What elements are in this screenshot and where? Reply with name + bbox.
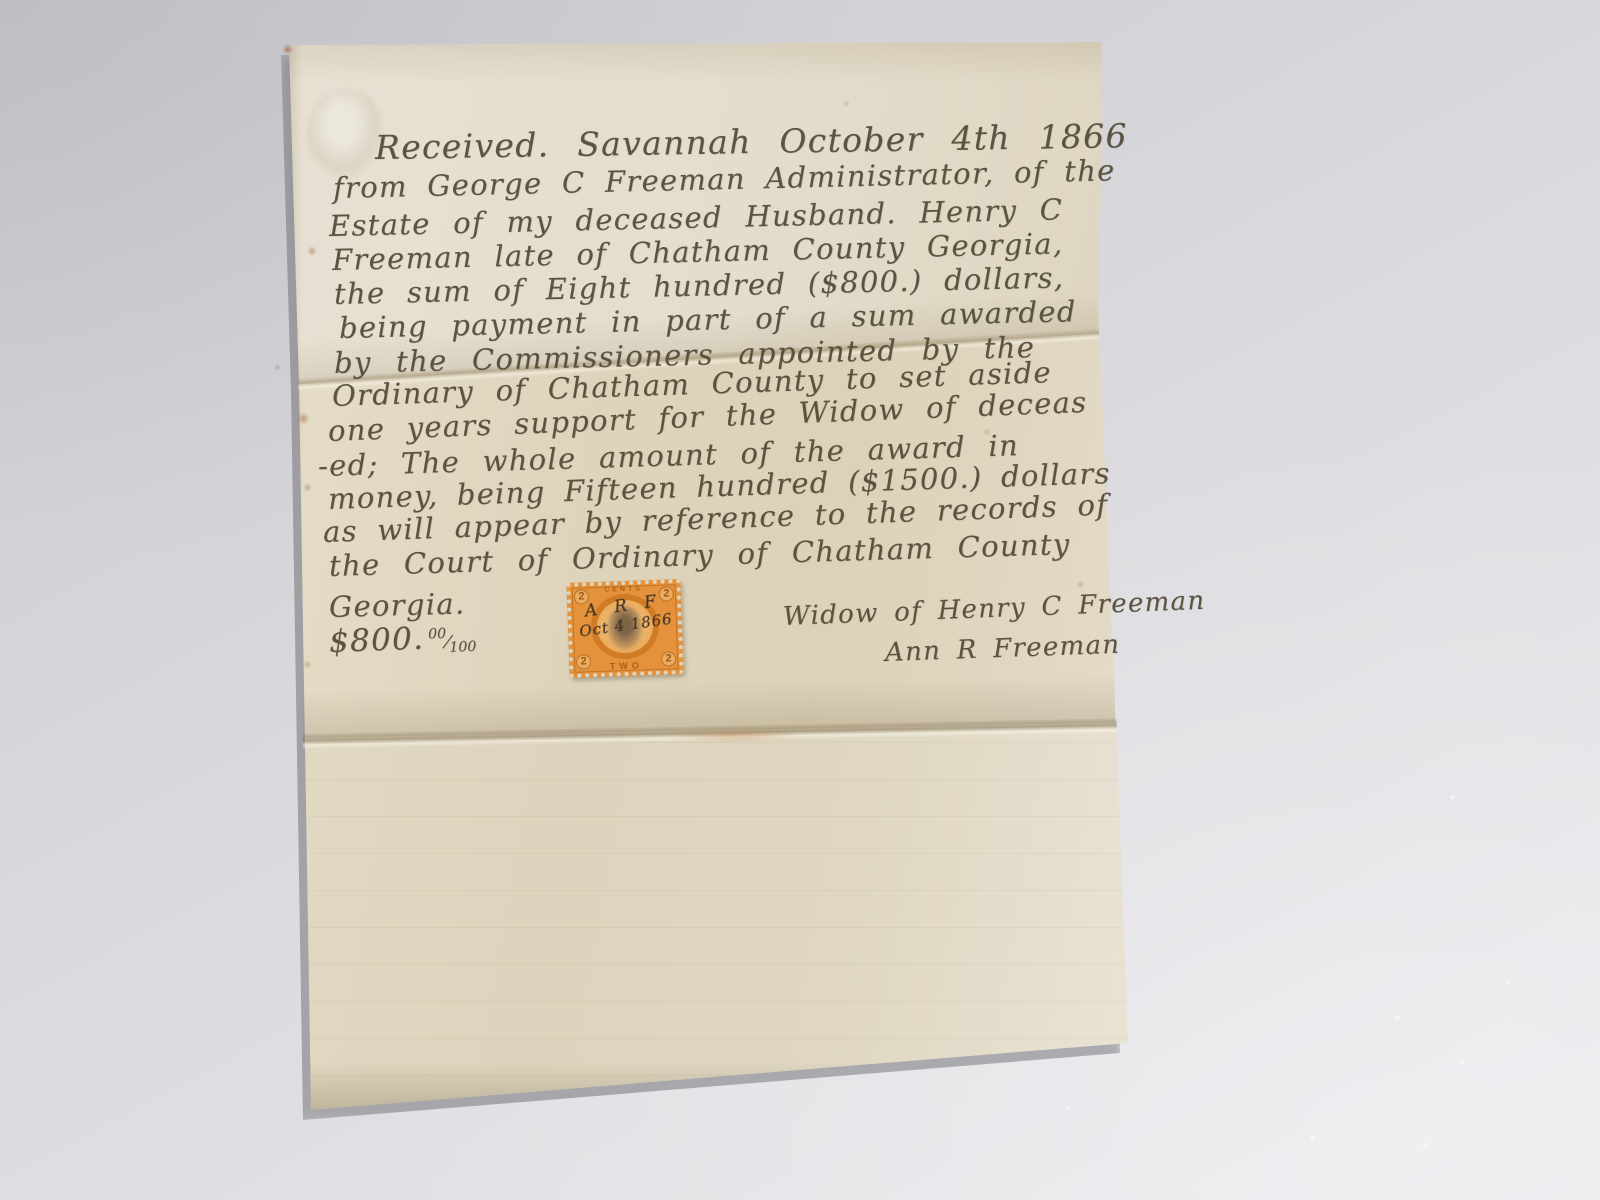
- revenue-stamp: CENTS TWO 2 2 2 2 A R F Oct 4 1866: [566, 579, 683, 678]
- fraction-numerator: 00: [428, 626, 447, 643]
- signature-name: Ann R Freeman: [884, 630, 1120, 668]
- amount-fraction: 00⁄100: [428, 625, 477, 657]
- amount-notation: $800.00⁄100: [328, 619, 476, 660]
- wall-texture-specks: [1395, 1015, 1400, 1020]
- amount-dollars: $800.: [328, 621, 424, 660]
- folded-document: Received. Savannah October 4th 1866 from…: [283, 40, 1133, 1115]
- handwritten-line: Georgia.: [329, 586, 466, 624]
- handwritten-text: Received. Savannah October 4th 1866 from…: [283, 40, 1133, 1115]
- fraction-denominator: 100: [449, 639, 477, 656]
- photo-scene: Received. Savannah October 4th 1866 from…: [0, 0, 1600, 1200]
